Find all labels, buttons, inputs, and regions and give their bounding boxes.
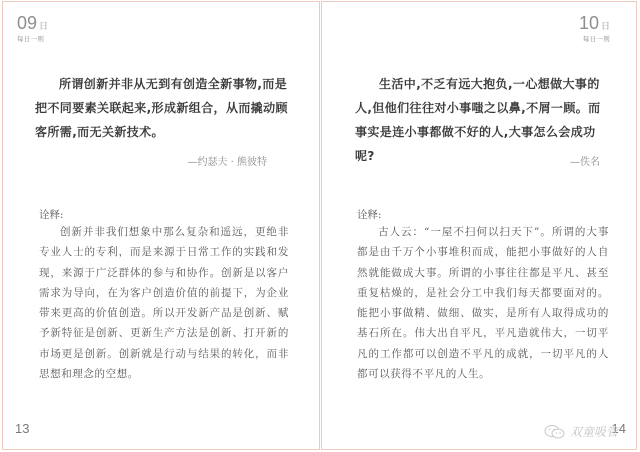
date-subtitle: 每日一则 <box>579 34 610 43</box>
date-day-label: 日 <box>601 22 610 32</box>
note-label: 诠释: <box>39 207 64 222</box>
quote-author: —佚名 <box>570 153 600 168</box>
quote-text: 所谓创新并非从无到有创造全新事物,而是把不同要素关联起来,形成新组合，从而撬动顾… <box>35 72 290 144</box>
note-label: 诠释: <box>357 207 382 222</box>
date-number: 09 <box>17 13 37 33</box>
quote-text: 生活中,不乏有远大抱负,一心想做大事的人,但他们往往对小事嗤之以鼻,不屑一顾。而… <box>355 72 605 168</box>
date-block: 09日 每日一则 <box>17 14 48 43</box>
date-number: 10 <box>579 13 599 33</box>
wechat-icon <box>544 424 566 440</box>
note-body: 创新并非我们想象中那么复杂和遥远，更绝非专业人士的专利，而是来源于日常工作的实践… <box>39 222 289 384</box>
page-number: 13 <box>15 421 29 436</box>
note-body: 古人云：“一屋不扫何以扫天下”。所谓的大事都是由千万个小事堆积而成，能把小事做好… <box>357 222 609 384</box>
right-page: 10日 每日一则 生活中,不乏有远大抱负,一心想做大事的人,但他们往往对小事嗤之… <box>321 1 637 450</box>
date-subtitle: 每日一则 <box>17 34 48 43</box>
quote-author: —约瑟夫 · 熊彼特 <box>187 153 267 168</box>
left-page: 09日 每日一则 所谓创新并非从无到有创造全新事物,而是把不同要素关联起来,形成… <box>2 1 320 450</box>
watermark: 双童吸管 <box>544 423 618 440</box>
date-day-label: 日 <box>39 22 48 32</box>
watermark-text: 双童吸管 <box>570 423 618 440</box>
date-block: 10日 每日一则 <box>579 14 610 43</box>
